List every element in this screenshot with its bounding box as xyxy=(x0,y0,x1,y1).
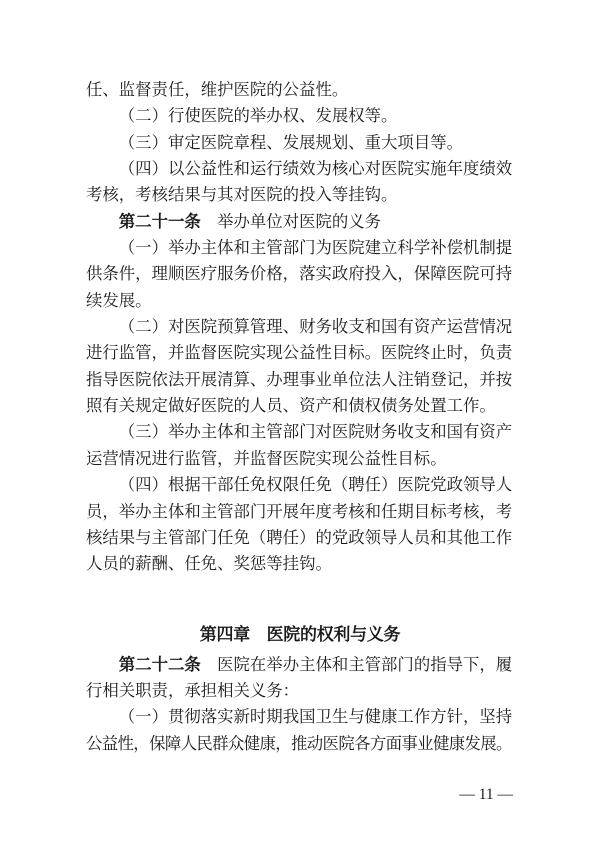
line-text: 医院在举办主体和主管部门的指导下，履 xyxy=(217,655,512,674)
text-line: （三）审定医院章程、发展规划、重大项目等。 xyxy=(86,130,514,156)
text-line: （二）行使医院的举办权、发展权等。 xyxy=(86,103,514,129)
text-line: 供条件，理顺医疗服务价格，落实政府投入，保障医院可持 xyxy=(86,261,514,287)
line-text: 员，举办主体和主管部门开展年度考核和任期目标考核，考 xyxy=(86,502,512,521)
text-line: 运营情况进行监管，并监督医院实现公益性目标。 xyxy=(86,446,514,472)
line-text: （三）举办主体和主管部门对医院财务收支和国有资产 xyxy=(119,422,512,441)
text-line: （四）根据干部任免权限任免（聘任）医院党政领导人 xyxy=(86,472,514,498)
text-line: （二）对医院预算管理、财务收支和国有资产运营情况 xyxy=(86,314,514,340)
line-text: 供条件，理顺医疗服务价格，落实政府投入，保障医院可持 xyxy=(86,264,512,283)
line-text: 任、监督责任，维护医院的公益性。 xyxy=(86,80,348,99)
text-line: 照有关规定做好医院的人员、资产和债权债务处置工作。 xyxy=(86,393,514,419)
text-line: 员，举办主体和主管部门开展年度考核和任期目标考核，考 xyxy=(86,499,514,525)
line-text: （二）对医院预算管理、财务收支和国有资产运营情况 xyxy=(119,317,512,336)
article-number: 第二十二条 xyxy=(119,655,201,674)
line-text: 进行监管，并监督医院实现公益性目标。医院终止时，负责 xyxy=(86,343,512,362)
line-text: 考核，考核结果与其对医院的投入等挂钩。 xyxy=(86,185,397,204)
text-line: 指导医院依法开展清算、办理事业单位法人注销登记，并按 xyxy=(86,367,514,393)
line-text: 人员的薪酬、任免、奖惩等挂钩。 xyxy=(86,554,332,573)
line-text: （四）根据干部任免权限任免（聘任）医院党政领导人 xyxy=(119,475,512,494)
text-line: 续发展。 xyxy=(86,288,514,314)
article-number: 第二十一条 xyxy=(119,212,201,231)
text-line: 考核，考核结果与其对医院的投入等挂钩。 xyxy=(86,182,514,208)
text-line: （一）贯彻落实新时期我国卫生与健康工作方针，坚持 xyxy=(86,704,514,730)
text-line: （一）举办主体和主管部门为医院建立科学补偿机制提 xyxy=(86,235,514,261)
line-text: （三）审定医院章程、发展规划、重大项目等。 xyxy=(119,133,463,152)
line-text: 续发展。 xyxy=(86,291,152,310)
paragraph-lines-before-heading: 任、监督责任，维护医院的公益性。（二）行使医院的举办权、发展权等。（三）审定医院… xyxy=(86,77,514,578)
text-line: 进行监管，并监督医院实现公益性目标。医院终止时，负责 xyxy=(86,340,514,366)
text-line: 公益性，保障人民群众健康，推动医院各方面事业健康发展。 xyxy=(86,731,514,757)
line-text: 照有关规定做好医院的人员、资产和债权债务处置工作。 xyxy=(86,396,496,415)
line-text: （一）贯彻落实新时期我国卫生与健康工作方针，坚持 xyxy=(119,707,512,726)
paragraph-lines-after-heading: 第二十二条医院在举办主体和主管部门的指导下，履行相关职责，承担相关义务：（一）贯… xyxy=(86,652,514,757)
text-line: 第二十二条医院在举办主体和主管部门的指导下，履 xyxy=(86,652,514,678)
line-text: 指导医院依法开展清算、办理事业单位法人注销登记，并按 xyxy=(86,370,512,389)
line-text: 核结果与主管部门任免（聘任）的党政领导人员和其他工作 xyxy=(86,528,512,547)
text-line: 人员的薪酬、任免、奖惩等挂钩。 xyxy=(86,551,514,577)
text-line: 第二十一条举办单位对医院的义务 xyxy=(86,209,514,235)
page-number: — 11 — xyxy=(459,786,513,804)
line-text: （二）行使医院的举办权、发展权等。 xyxy=(119,106,398,125)
line-text: （四）以公益性和运行绩效为核心对医院实施年度绩效 xyxy=(119,159,512,178)
line-text: （一）举办主体和主管部门为医院建立科学补偿机制提 xyxy=(119,238,512,257)
text-line: 核结果与主管部门任免（聘任）的党政领导人员和其他工作 xyxy=(86,525,514,551)
text-line: 任、监督责任，维护医院的公益性。 xyxy=(86,77,514,103)
line-text: 运营情况进行监管，并监督医院实现公益性目标。 xyxy=(86,449,447,468)
page-body: 任、监督责任，维护医院的公益性。（二）行使医院的举办权、发展权等。（三）审定医院… xyxy=(86,77,514,757)
line-text: 举办单位对医院的义务 xyxy=(217,212,381,231)
text-line: （三）举办主体和主管部门对医院财务收支和国有资产 xyxy=(86,419,514,445)
line-text: 公益性，保障人民群众健康，推动医院各方面事业健康发展。 xyxy=(86,734,512,753)
text-line: （四）以公益性和运行绩效为核心对医院实施年度绩效 xyxy=(86,156,514,182)
line-text: 行相关职责，承担相关义务： xyxy=(86,681,299,700)
text-line: 行相关职责，承担相关义务： xyxy=(86,678,514,704)
document-page: 任、监督责任，维护医院的公益性。（二）行使医院的举办权、发展权等。（三）审定医院… xyxy=(0,0,600,849)
chapter-heading: 第四章 医院的权利与义务 xyxy=(86,621,514,649)
